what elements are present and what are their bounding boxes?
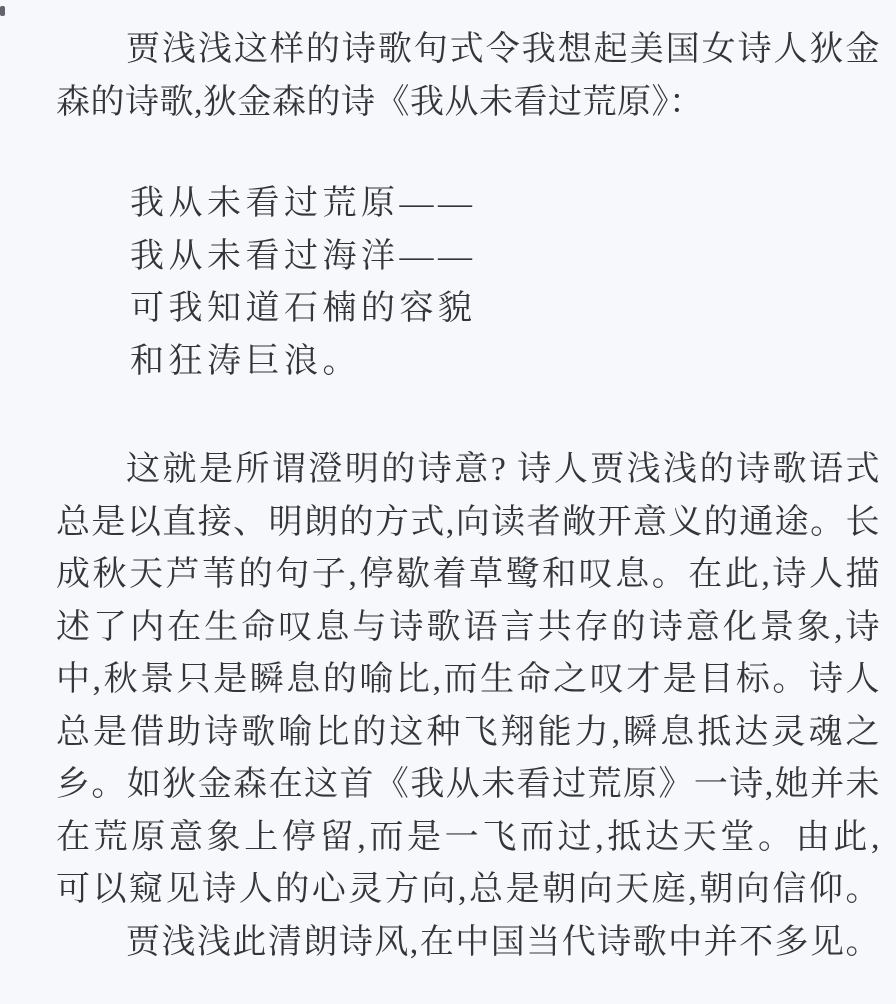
article-body: 贾浅浅这样的诗歌句式令我想起美国女诗人狄金森的诗歌,狄金森的诗《我从未看过荒原》… bbox=[0, 0, 896, 969]
dickinson-poem-quote: 我从未看过荒原——我从未看过海洋——可我知道石楠的容貌和狂涛巨浪。 bbox=[56, 178, 880, 388]
text-line: 总是以直接、明朗的方式,向读者敞开意义的通途。长 bbox=[56, 497, 880, 550]
text-line: 贾浅浅这样的诗歌句式令我想起美国女诗人狄金 bbox=[56, 24, 880, 77]
text-line: 贾浅浅此清朗诗风,在中国当代诗歌中并不多见。 bbox=[56, 917, 880, 970]
commentary-paragraph: 这就是所谓澄明的诗意? 诗人贾浅浅的诗歌语式总是以直接、明朗的方式,向读者敞开意… bbox=[56, 444, 880, 917]
text-line: 这就是所谓澄明的诗意? 诗人贾浅浅的诗歌语式 bbox=[56, 444, 880, 497]
poem-line: 我从未看过海洋—— bbox=[130, 231, 880, 284]
scan-artifact-speck bbox=[0, 6, 5, 16]
text-line: 述了内在生命叹息与诗歌语言共存的诗意化景象,诗 bbox=[56, 602, 880, 655]
text-line: 乡。如狄金森在这首《我从未看过荒原》一诗,她并未 bbox=[56, 759, 880, 812]
poem-line: 可我知道石楠的容貌 bbox=[130, 283, 880, 336]
poem-line: 我从未看过荒原—— bbox=[130, 178, 880, 231]
closing-paragraph: 贾浅浅此清朗诗风,在中国当代诗歌中并不多见。 bbox=[56, 917, 880, 970]
text-line: 中,秋景只是瞬息的喻比,而生命之叹才是目标。诗人 bbox=[56, 654, 880, 707]
text-line: 成秋天芦苇的句子,停歇着草鹭和叹息。在此,诗人描 bbox=[56, 549, 880, 602]
intro-paragraph: 贾浅浅这样的诗歌句式令我想起美国女诗人狄金森的诗歌,狄金森的诗《我从未看过荒原》… bbox=[56, 24, 880, 129]
text-line: 可以窥见诗人的心灵方向,总是朝向天庭,朝向信仰。 bbox=[56, 864, 880, 917]
scanned-article-page: 贾浅浅这样的诗歌句式令我想起美国女诗人狄金森的诗歌,狄金森的诗《我从未看过荒原》… bbox=[0, 0, 896, 1004]
text-line: 森的诗歌,狄金森的诗《我从未看过荒原》： bbox=[56, 77, 880, 130]
text-line: 总是借助诗歌喻比的这种飞翔能力,瞬息抵达灵魂之 bbox=[56, 707, 880, 760]
text-line: 在荒原意象上停留,而是一飞而过,抵达天堂。由此, bbox=[56, 812, 880, 865]
poem-line: 和狂涛巨浪。 bbox=[130, 336, 880, 389]
